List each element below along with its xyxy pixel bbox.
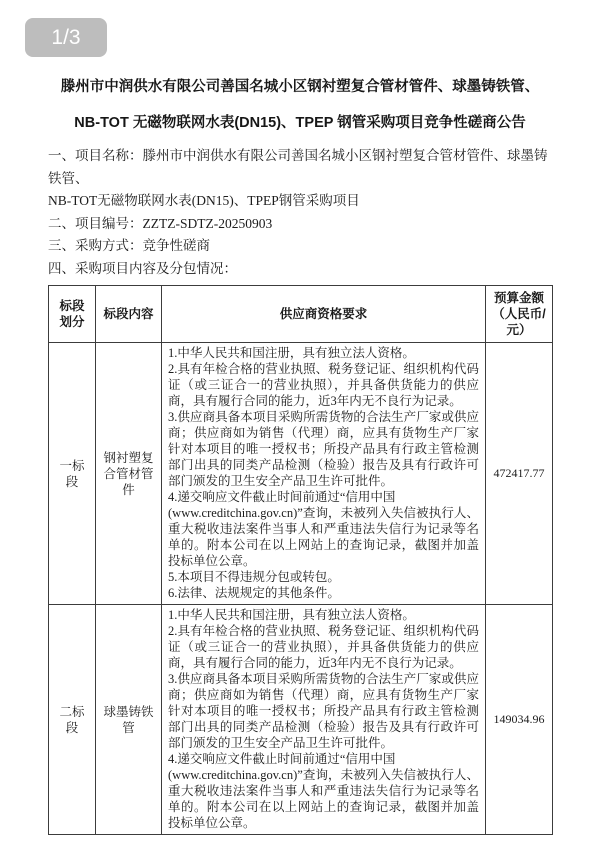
section-procurement-method: 三、采购方式：竞争性磋商 bbox=[48, 235, 552, 258]
lot-2-content: 球墨铸铁管 bbox=[96, 605, 162, 835]
requirement-item: 4.递交响应文件截止时间前通过“信用中国 (www.creditchina.go… bbox=[168, 489, 479, 569]
lots-table: 标段 划分 标段内容 供应商资格要求 预算金额 （人民币/ 元） 一标段 钢衬塑… bbox=[48, 285, 553, 835]
section-lots-intro-label: 四、采购项目内容及分包情况： bbox=[48, 261, 237, 276]
document-body: 一、项目名称：滕州市中润供水有限公司善国名城小区钢衬塑复合管材管件、球墨铸铁管、… bbox=[48, 145, 552, 835]
document-page: 1/3 滕州市中润供水有限公司善国名城小区钢衬塑复合管材管件、球墨铸铁管、 NB… bbox=[0, 0, 600, 835]
section-procurement-method-value: 竞争性磋商 bbox=[143, 238, 211, 253]
lot-1-requirements: 1.中华人民共和国注册，具有独立法人资格。2.具有年检合格的营业执照、税务登记证… bbox=[162, 343, 486, 605]
page-number-badge: 1/3 bbox=[25, 18, 107, 57]
lot-2-requirements: 1.中华人民共和国注册，具有独立法人资格。2.具有年检合格的营业执照、税务登记证… bbox=[162, 605, 486, 835]
lot-1-budget: 472417.77 bbox=[486, 343, 553, 605]
section-project-name-label: 一、项目名称： bbox=[48, 148, 143, 163]
header-supplier-requirements: 供应商资格要求 bbox=[162, 286, 486, 343]
lot-1-division: 一标段 bbox=[49, 343, 96, 605]
header-budget-amount: 预算金额 （人民币/ 元） bbox=[486, 286, 553, 343]
requirement-item: 2.具有年检合格的营业执照、税务登记证、组织机构代码证（或三证合一的营业执照），… bbox=[168, 623, 479, 671]
section-project-number: 二、项目编号：ZZTZ-SDTZ-20250903 bbox=[48, 213, 552, 236]
requirement-item: 3.供应商具备本项目采购所需货物的合法生产厂家或供应商；供应商如为销售（代理）商… bbox=[168, 671, 479, 751]
requirement-item: 1.中华人民共和国注册，具有独立法人资格。 bbox=[168, 345, 479, 361]
section-project-name: 一、项目名称：滕州市中润供水有限公司善国名城小区钢衬塑复合管材管件、球墨铸铁管、… bbox=[48, 145, 552, 213]
lots-table-header: 标段 划分 标段内容 供应商资格要求 预算金额 （人民币/ 元） bbox=[49, 286, 553, 343]
document-title-line-2: NB-TOT 无磁物联网水表(DN15)、TPEP 钢管采购项目竞争性磋商公告 bbox=[0, 113, 600, 133]
lot-2-division: 二标段 bbox=[49, 605, 96, 835]
header-lot-content: 标段内容 bbox=[96, 286, 162, 343]
header-lot-division: 标段 划分 bbox=[49, 286, 96, 343]
requirement-item: 1.中华人民共和国注册，具有独立法人资格。 bbox=[168, 607, 479, 623]
requirement-item: 4.递交响应文件截止时间前通过“信用中国 (www.creditchina.go… bbox=[168, 751, 479, 831]
table-row-lot-1: 一标段 钢衬塑复合管材管件 1.中华人民共和国注册，具有独立法人资格。2.具有年… bbox=[49, 343, 553, 605]
section-procurement-method-label: 三、采购方式： bbox=[48, 238, 143, 253]
document-title: 滕州市中润供水有限公司善国名城小区钢衬塑复合管材管件、球墨铸铁管、 NB-TOT… bbox=[0, 77, 600, 133]
section-lots-intro: 四、采购项目内容及分包情况： bbox=[48, 258, 552, 281]
requirement-item: 3.供应商具备本项目采购所需货物的合法生产厂家或供应商；供应商如为销售（代理）商… bbox=[168, 409, 479, 489]
requirement-item: 2.具有年检合格的营业执照、税务登记证、组织机构代码证（或三证合一的营业执照），… bbox=[168, 361, 479, 409]
requirement-item: 6.法律、法规规定的其他条件。 bbox=[168, 585, 479, 601]
table-header-row: 标段 划分 标段内容 供应商资格要求 预算金额 （人民币/ 元） bbox=[49, 286, 553, 343]
requirement-item: 5.本项目不得违规分包或转包。 bbox=[168, 569, 479, 585]
document-title-line-1: 滕州市中润供水有限公司善国名城小区钢衬塑复合管材管件、球墨铸铁管、 bbox=[0, 77, 600, 97]
lot-1-content: 钢衬塑复合管材管件 bbox=[96, 343, 162, 605]
section-project-number-label: 二、项目编号： bbox=[48, 216, 143, 231]
lot-2-budget: 149034.96 bbox=[486, 605, 553, 835]
table-row-lot-2: 二标段 球墨铸铁管 1.中华人民共和国注册，具有独立法人资格。2.具有年检合格的… bbox=[49, 605, 553, 835]
section-project-number-value: ZZTZ-SDTZ-20250903 bbox=[143, 216, 273, 231]
